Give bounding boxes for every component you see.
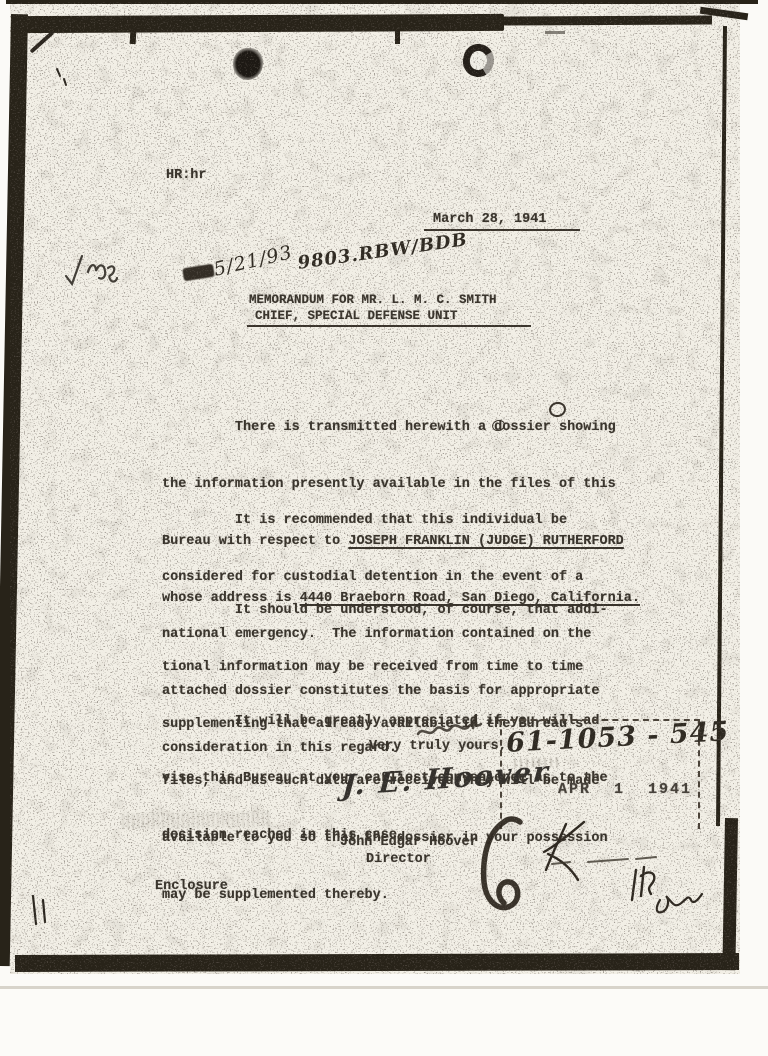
faint-stamp-smudge [122, 811, 272, 830]
p1-line-1: There is transmitted herewith a dossier … [162, 418, 640, 437]
scan-edge-top-band-thin [500, 15, 712, 25]
p2-line: It is recommended that this individual b… [162, 511, 599, 530]
scanner-backing [0, 989, 768, 1056]
closing-line: Very truly yours, [369, 737, 507, 756]
received-date-stamp: APR 1 1941 [558, 781, 692, 798]
date-text: March 28, 1941 [424, 212, 546, 227]
pen-ticks-top-left [54, 66, 70, 90]
scan-edge-top-hairline [6, 0, 758, 4]
date-line: March 28, 1941 [424, 209, 580, 231]
scan-edge-drip-center [395, 29, 400, 44]
scan-top-smudge [545, 31, 565, 34]
scan-edge-bottom-band [15, 953, 739, 972]
memo-heading-unit-line: CHIEF, SPECIAL DEFENSE UNIT [247, 306, 531, 327]
bottom-right-flourish [460, 812, 710, 924]
memo-heading-unit: CHIEF, SPECIAL DEFENSE UNIT [247, 309, 458, 323]
signer-title: Director [366, 850, 431, 869]
pen-strokes-bottom-left [28, 893, 52, 929]
scan-edge-drip-left [130, 30, 137, 44]
margin-scribble [60, 246, 122, 290]
enclosure-note: Enclosure [155, 877, 228, 896]
scanned-memo-page: HR:hr March 28, 1941 5/21/93 9803.RBW/BD… [0, 0, 768, 1056]
p3-line: It should be understood, of course, that… [162, 601, 608, 620]
typist-initials: HR:hr [166, 166, 207, 185]
scan-edge-top-band [12, 14, 504, 33]
scan-edge-right-thick [722, 818, 738, 970]
